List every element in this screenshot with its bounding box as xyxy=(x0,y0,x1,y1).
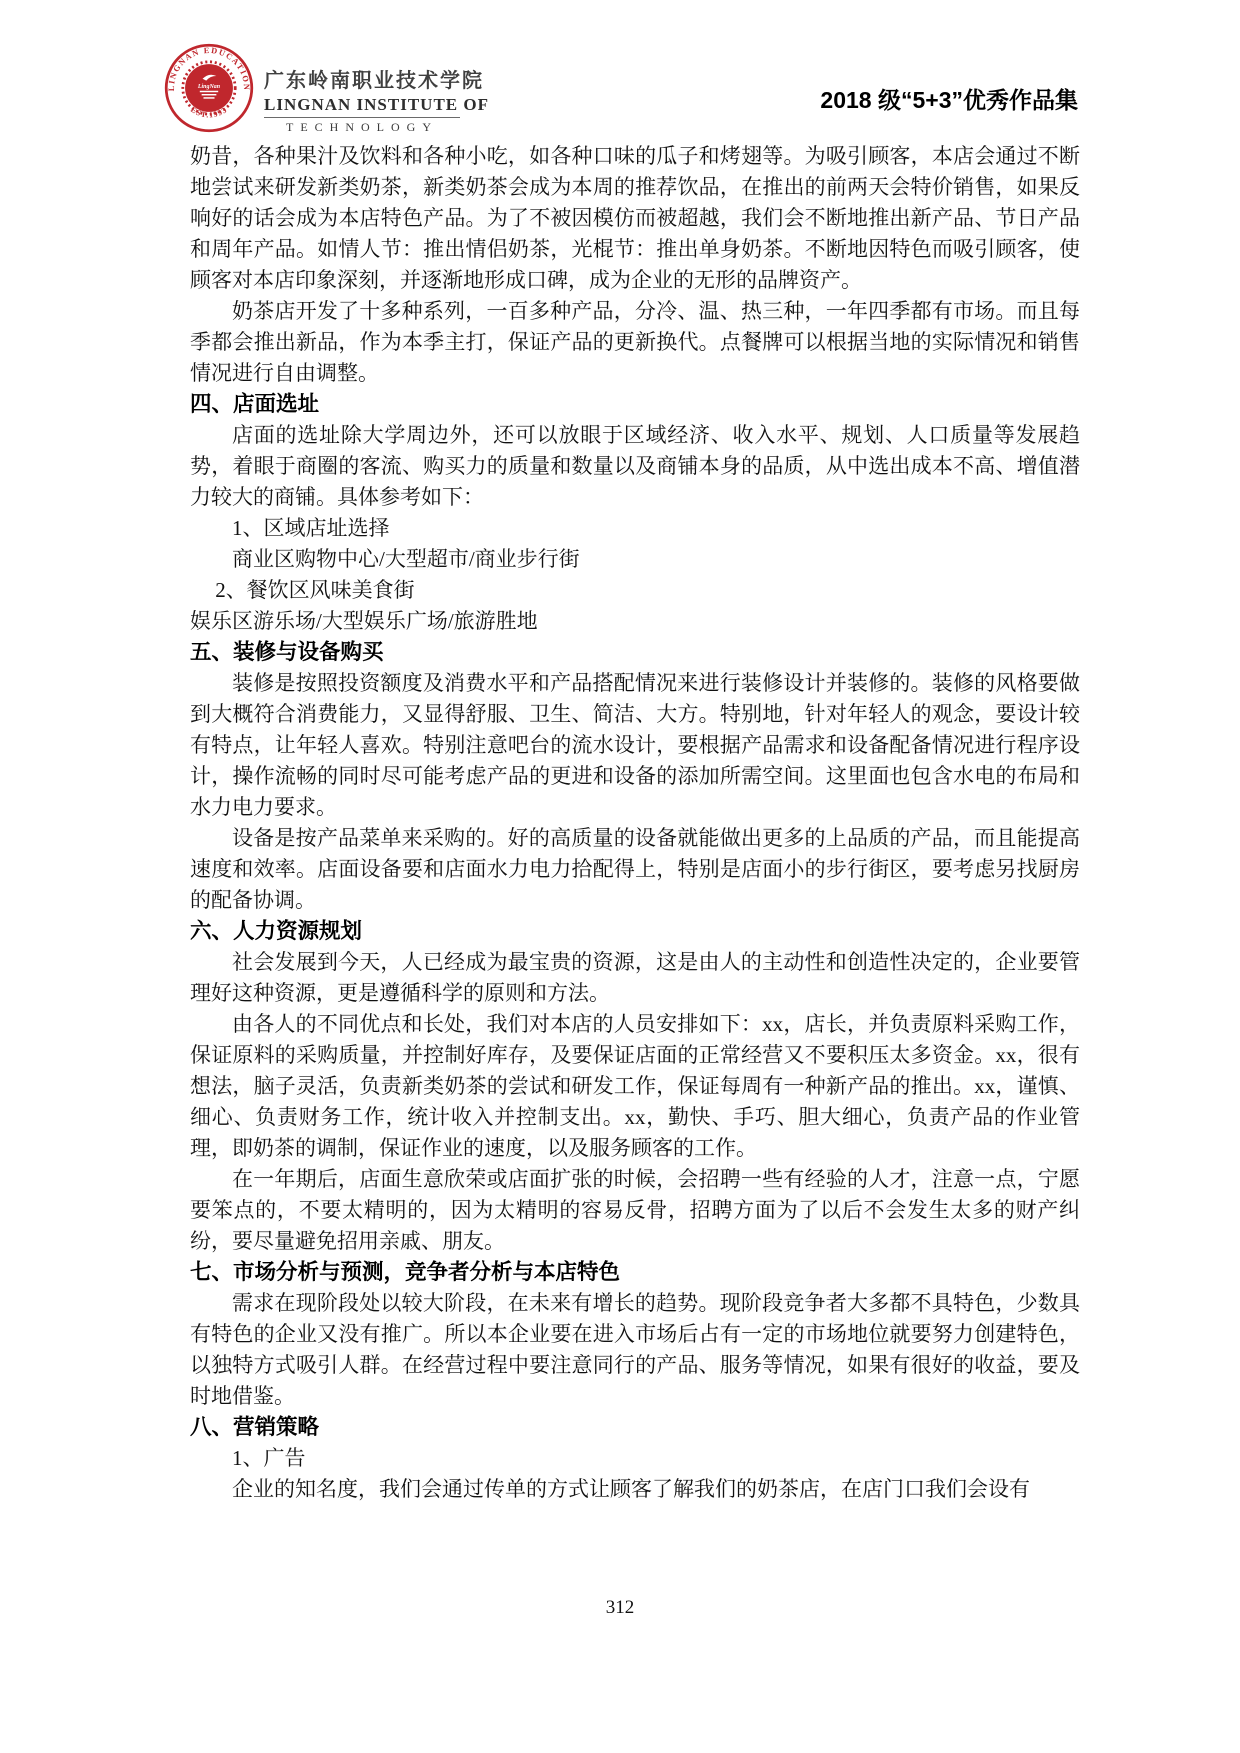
content-paragraph: 装修是按照投资额度及消费水平和产品搭配情况来进行装修设计并装修的。装修的风格要做… xyxy=(190,668,1080,823)
content-paragraph: 在一年期后，店面生意欣荣或店面扩张的时候，会招聘一些有经验的人才，注意一点，宁愿… xyxy=(190,1164,1080,1257)
section-heading: 六、人力资源规划 xyxy=(190,916,1080,947)
page-header: LINGNAN EDUCATION EST.1993 LingNan 广东岭南职… xyxy=(0,0,1240,140)
section-heading: 八、营销策略 xyxy=(190,1412,1080,1443)
content-paragraph: 需求在现阶段处以较大阶段，在未来有增长的趋势。现阶段竞争者大多都不具特色，少数具… xyxy=(190,1288,1080,1412)
list-line: 商业区购物中心/大型超市/商业步行街 xyxy=(190,544,1080,575)
institution-name-en-line1: LINGNAN INSTITUTE OF xyxy=(264,95,504,115)
list-line: 2、餐饮区风味美食街 xyxy=(190,575,1080,606)
document-body: 奶昔，各种果汁及饮料和各种小吃，如各种口味的瓜子和烤翅等。为吸引顾客，本店会通过… xyxy=(190,141,1080,1505)
content-paragraph: 奶昔，各种果汁及饮料和各种小吃，如各种口味的瓜子和烤翅等。为吸引顾客，本店会通过… xyxy=(190,141,1080,296)
content-paragraph: 设备是按产品菜单来采购的。好的高质量的设备就能做出更多的上品质的产品，而且能提高… xyxy=(190,823,1080,916)
content-paragraph: 由各人的不同优点和长处，我们对本店的人员安排如下：xx，店长，并负责原料采购工作… xyxy=(190,1009,1080,1164)
institution-name-en-line2: TECHNOLOGY xyxy=(264,117,460,135)
svg-text:LingNan: LingNan xyxy=(197,84,221,90)
content-paragraph: 店面的选址除大学周边外，还可以放眼于区域经济、收入水平、规划、人口质量等发展趋势… xyxy=(190,420,1080,513)
section-heading: 四、店面选址 xyxy=(190,389,1080,420)
institution-name-block: 广东岭南职业技术学院 LINGNAN INSTITUTE OF TECHNOLO… xyxy=(264,64,504,135)
list-line: 1、广告 xyxy=(190,1443,1080,1474)
content-paragraph: 社会发展到今天，人已经成为最宝贵的资源，这是由人的主动性和创造性决定的，企业要管… xyxy=(190,947,1080,1009)
section-heading: 七、市场分析与预测，竞争者分析与本店特色 xyxy=(190,1257,1080,1288)
document-page: LINGNAN EDUCATION EST.1993 LingNan 广东岭南职… xyxy=(0,0,1240,1753)
content-paragraph: 奶茶店开发了十多种系列，一百多种产品，分冷、温、热三种，一年四季都有市场。而且每… xyxy=(190,296,1080,389)
page-number: 312 xyxy=(0,1597,1240,1619)
list-line: 1、区域店址选择 xyxy=(190,513,1080,544)
content-paragraph: 企业的知名度，我们会通过传单的方式让顾客了解我们的奶茶店，在店门口我们会设有 xyxy=(190,1474,1080,1505)
institution-name-cn: 广东岭南职业技术学院 xyxy=(264,64,504,93)
list-line: 娱乐区游乐场/大型娱乐广场/旅游胜地 xyxy=(190,606,1080,637)
section-heading: 五、装修与设备购买 xyxy=(190,637,1080,668)
collection-title: 2018 级“5+3”优秀作品集 xyxy=(820,82,1078,115)
institution-logo-seal-icon: LINGNAN EDUCATION EST.1993 LingNan xyxy=(163,42,255,134)
